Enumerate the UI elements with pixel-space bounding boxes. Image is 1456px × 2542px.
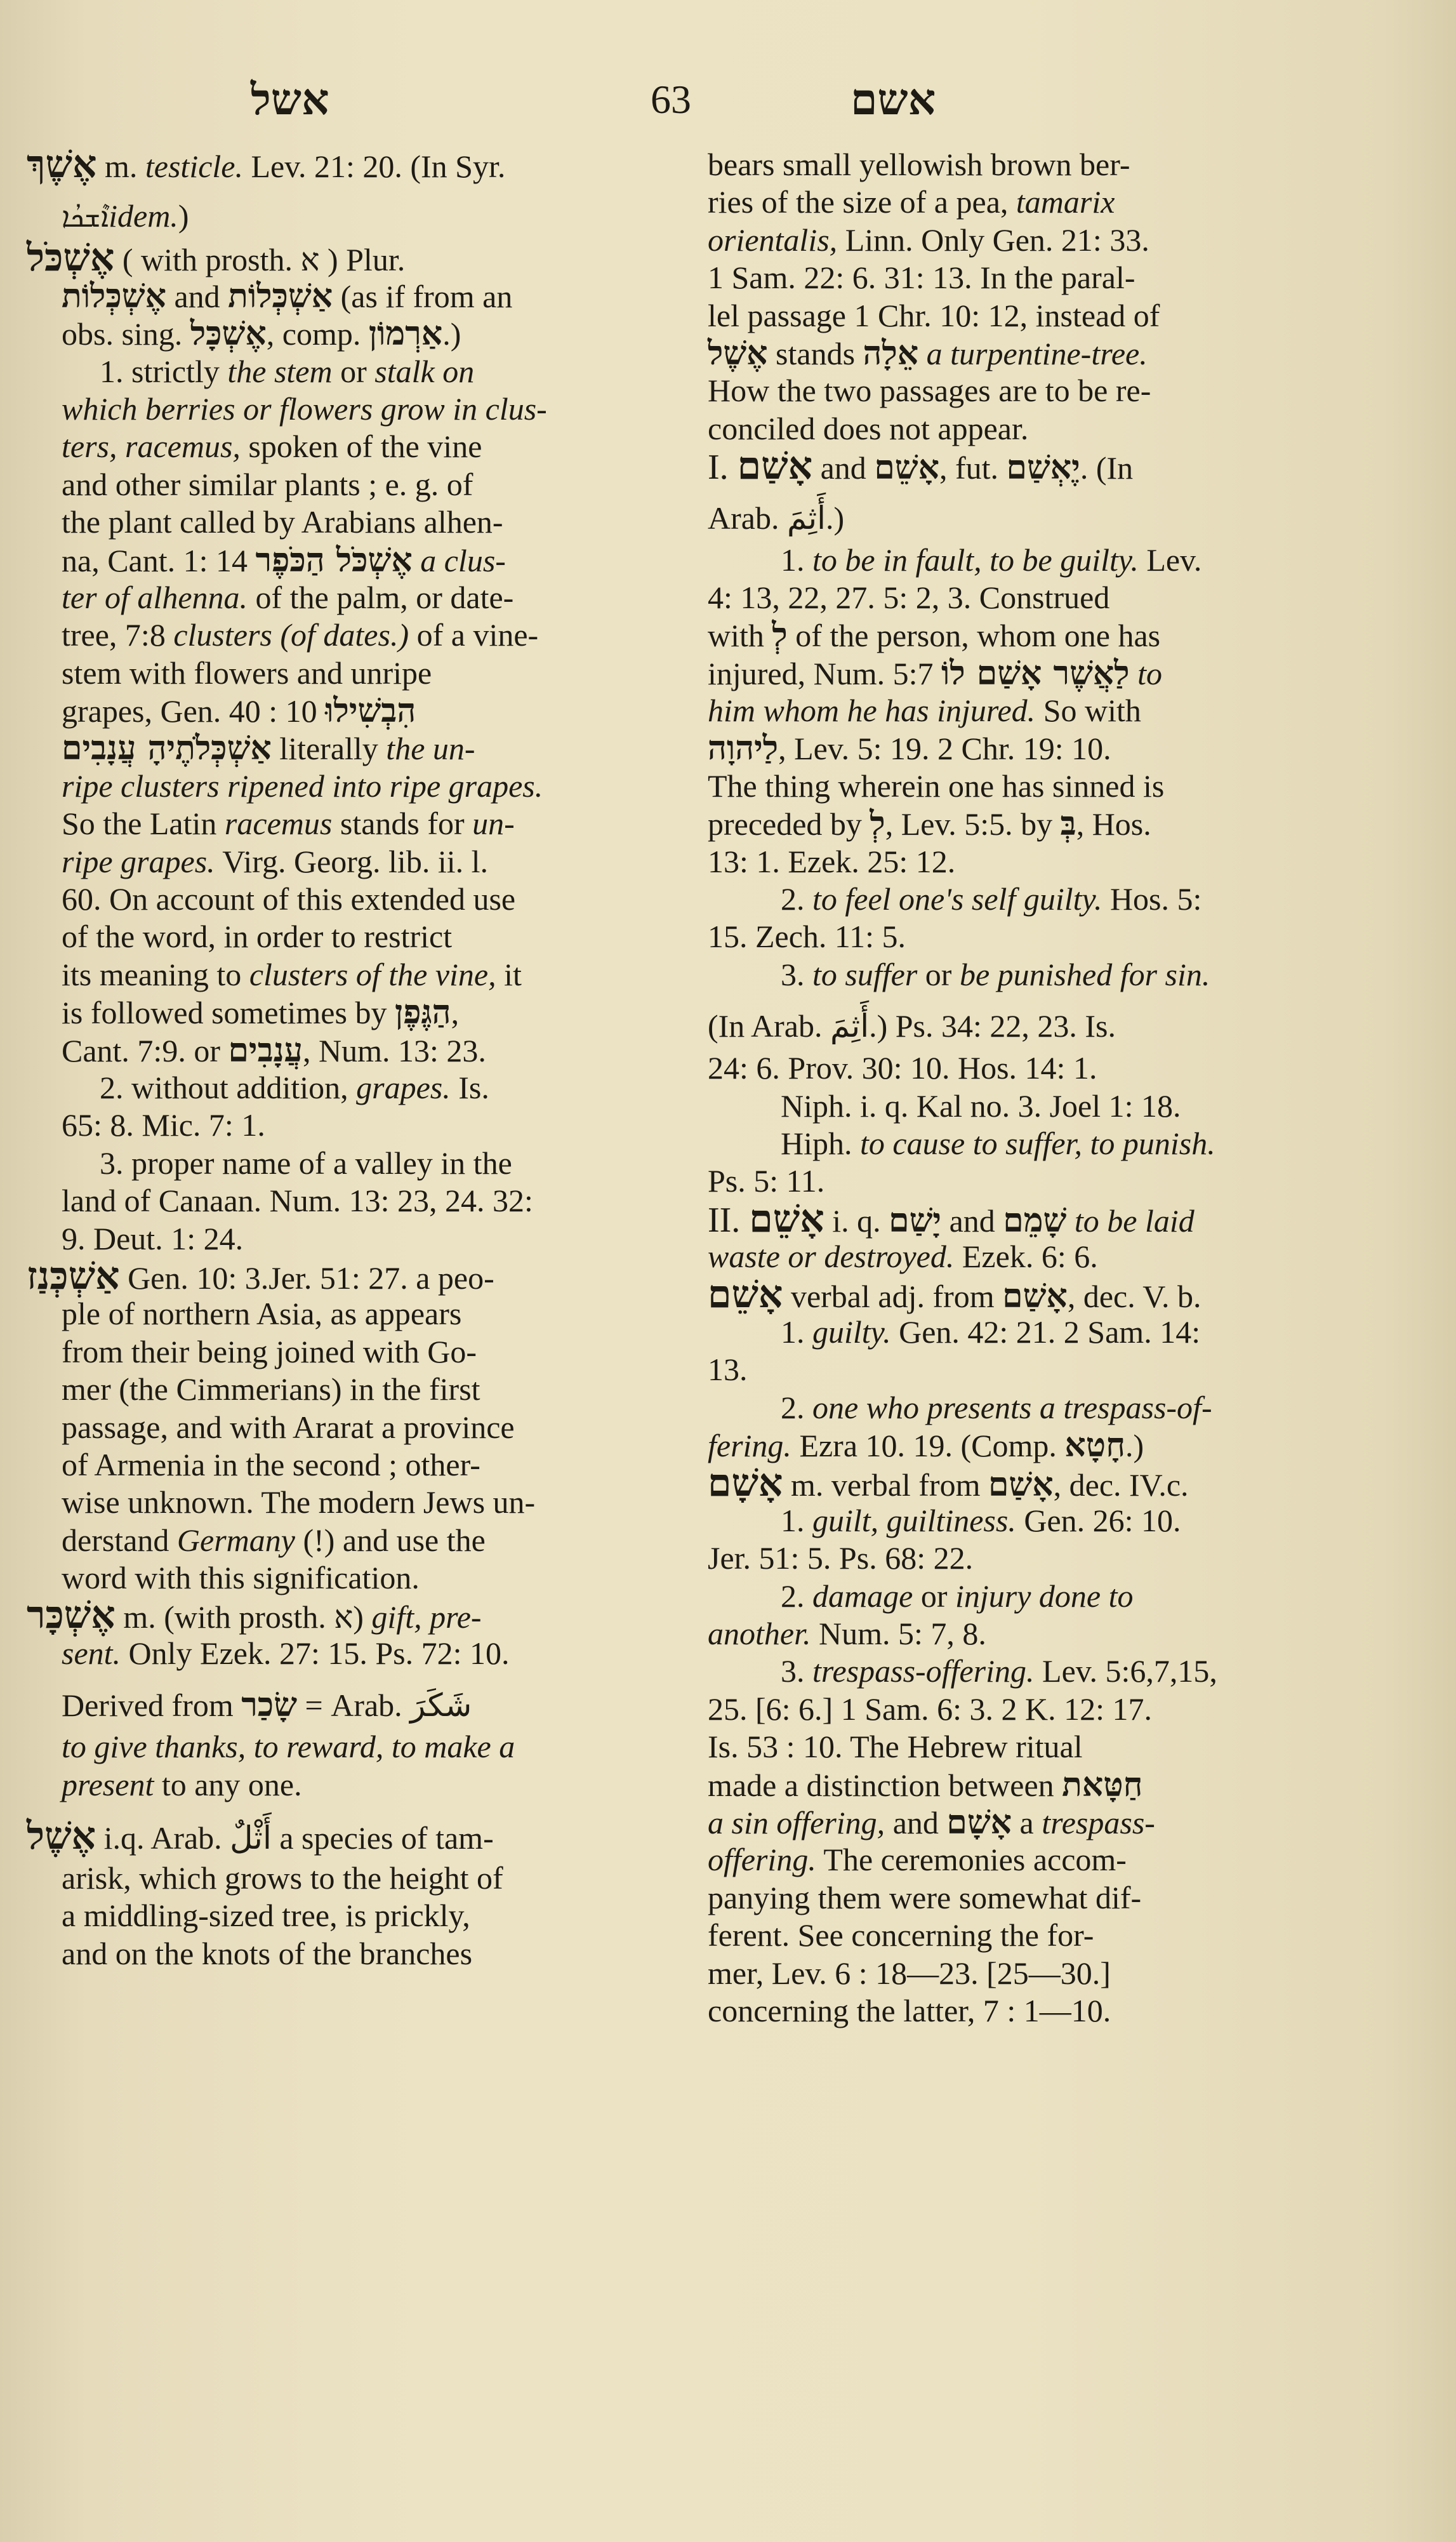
hebrew-word: אֶשֶׁל: [708, 334, 768, 373]
italic-gloss: the un-: [386, 731, 475, 766]
body-text: 1.: [781, 542, 812, 578]
text-line: na, Cant. 1: 14 אֶשְׁכֹּל הַכֹּפֶר a clu…: [27, 542, 687, 579]
text-line: of the word, in order to restrict: [27, 918, 687, 955]
text-line: Derived from שָׂכַר = Arab. شَكَرَ: [27, 1672, 687, 1728]
text-line: ries of the size of a pea, tamarix: [708, 183, 1371, 221]
left-column: אֶשֶׁךְ m. testicle. Lev. 21: 20. (In Sy…: [27, 146, 687, 1973]
italic-gloss: to give thanks, to reward, to make a: [62, 1729, 515, 1764]
text-line: mer (the Cimmerians) in the first: [27, 1371, 687, 1408]
body-text: and: [812, 450, 874, 486]
text-line: אֶשֶׁךְ m. testicle. Lev. 21: 20. (In Sy…: [27, 146, 687, 183]
hebrew-word: אָשָׁם: [708, 1461, 783, 1505]
body-text: .) Ps. 34: 22, 23. Is.: [869, 1008, 1116, 1044]
text-line: אָשֵׁם verbal adj. from אָשַׁם, dec. V. …: [708, 1276, 1371, 1314]
body-text: 2.: [781, 881, 812, 917]
hebrew-word: עֲנָבִים: [228, 1031, 302, 1070]
body-text: 3. proper name of a valley in the: [100, 1145, 512, 1181]
body-text: 2.: [781, 1390, 812, 1425]
hebrew-word: אָשַׁם: [738, 444, 812, 488]
italic-gloss: him whom he has injured.: [708, 693, 1035, 728]
italic-gloss: fering.: [708, 1428, 791, 1463]
body-text: (In Arab.: [708, 1008, 830, 1044]
italic-gloss: another.: [708, 1616, 811, 1651]
text-line: to give thanks, to reward, to make a: [27, 1728, 687, 1766]
body-text: Hos. 5:: [1102, 881, 1201, 917]
body-text: preceded by: [708, 806, 870, 842]
text-line: ters, racemus, spoken of the vine: [27, 428, 687, 465]
body-text: stands for: [332, 806, 472, 841]
italic-gloss: present: [62, 1767, 154, 1802]
body-text: land of Canaan. Num. 13: 23, 24. 32:: [62, 1183, 533, 1218]
page-number: 63: [651, 71, 691, 128]
running-header: אשל 63 אשם: [0, 71, 1456, 128]
body-text: of the person, whom one has: [788, 618, 1160, 653]
italic-gloss: clusters of the vine,: [249, 957, 496, 992]
italic-gloss: a sin offering,: [708, 1805, 885, 1840]
text-line: offering. The ceremonies accom-: [708, 1841, 1371, 1879]
body-text: made a distinction between: [708, 1767, 1062, 1803]
text-line: 15. Zech. 11: 5.: [708, 918, 1371, 955]
hebrew-word: אָשָׁם: [946, 1803, 1012, 1842]
body-text: Is. 53 : 10. The Hebrew ritual: [708, 1729, 1083, 1764]
italic-gloss: one who presents a trespass-of-: [812, 1390, 1212, 1425]
body-text: Lev. 5:6,7,15,: [1035, 1653, 1217, 1689]
hebrew-word: אַשְׁכְּלוֹת: [228, 277, 333, 316]
body-text: bears small yellowish brown ber-: [708, 147, 1130, 182]
body-text: 15. Zech. 11: 5.: [708, 919, 906, 954]
text-line: fering. Ezra 10. 19. (Comp. חָטָא.): [708, 1427, 1371, 1464]
italic-gloss: trespass-: [1042, 1805, 1155, 1840]
text-line: 4: 13, 22, 27. 5: 2, 3. Construed: [708, 579, 1371, 616]
body-text: Gen. 26: 10.: [1016, 1503, 1181, 1538]
text-line: אֶשְׁכָּר m. (with prosth. א) gift, pre-: [27, 1597, 687, 1634]
text-line: Niph. i. q. Kal no. 3. Joel 1: 18.: [708, 1088, 1371, 1125]
hebrew-word: אֶשְׁכְּלוֹת: [62, 277, 166, 316]
italic-gloss: Germany: [177, 1522, 295, 1558]
body-text: a middling-sized tree, is prickly,: [62, 1898, 470, 1933]
body-text: 3.: [781, 1653, 812, 1689]
body-text: 1.: [781, 1314, 812, 1350]
text-line: 2. damage or injury done to: [708, 1578, 1371, 1615]
italic-gloss: orientalis,: [708, 222, 837, 258]
body-text: word with this signification.: [62, 1560, 420, 1595]
body-text: (!) and use the: [295, 1522, 486, 1558]
body-text: .): [826, 500, 844, 536]
text-line: waste or destroyed. Ezek. 6: 6.: [708, 1238, 1371, 1275]
text-line: 2. one who presents a trespass-of-: [708, 1389, 1371, 1427]
body-text: Only Ezek. 27: 15. Ps. 72: 10.: [121, 1635, 509, 1671]
text-line: אֶשֶׁל i.q. Arab. أَثْلٌ a species of ta…: [27, 1804, 687, 1860]
body-text: Ezra 10. 19. (Comp.: [791, 1428, 1064, 1463]
italic-gloss: which berries or flowers grow in clus-: [62, 391, 547, 427]
italic-gloss: be punished for sin.: [960, 957, 1210, 992]
text-line: Ps. 5: 11.: [708, 1162, 1371, 1200]
body-text: the plant called by Arabians alhen-: [62, 504, 503, 540]
body-text: na, Cant. 1: 14: [62, 543, 256, 578]
text-line: אַשְׁכְּנַז Gen. 10: 3.Jer. 51: 27. a pe…: [27, 1258, 687, 1295]
text-line: passage, and with Ararat a province: [27, 1409, 687, 1446]
text-line: 13: 1. Ezek. 25: 12.: [708, 843, 1371, 881]
text-line: which berries or flowers grow in clus-: [27, 390, 687, 428]
text-line: How the two passages are to be re-: [708, 372, 1371, 409]
text-line: II. אָשֵׁם i. q. יָשַׁם and שָׁמֵם to be…: [708, 1201, 1371, 1238]
body-text: ferent. See concerning the for-: [708, 1917, 1094, 1953]
body-text: tree, 7:8: [62, 617, 173, 653]
body-text: of a vine-: [409, 617, 538, 653]
body-text: and: [885, 1805, 946, 1840]
text-line: לַיהוָה, Lev. 5: 19. 2 Chr. 19: 10.: [708, 729, 1371, 767]
body-text: 3.: [781, 957, 812, 992]
entry-numeral: II.: [708, 1201, 749, 1240]
hebrew-word: לַיהוָה: [708, 729, 778, 768]
body-text: ): [178, 198, 189, 234]
text-line: a sin offering, and אָשָׁם a trespass-: [708, 1804, 1371, 1841]
italic-gloss: racemus: [225, 806, 332, 841]
text-line: sent. Only Ezek. 27: 15. Ps. 72: 10.: [27, 1635, 687, 1672]
text-line: Hiph. to cause to suffer, to punish.: [708, 1125, 1371, 1162]
body-text: or: [917, 957, 960, 992]
italic-gloss: to suffer: [812, 957, 917, 992]
italic-gloss: idem.: [109, 198, 178, 234]
text-line: wise unknown. The modern Jews un-: [27, 1484, 687, 1521]
hebrew-word: אָשֵׁם: [749, 1197, 824, 1241]
hebrew-word: בְּ: [1061, 804, 1076, 843]
text-line: Arab. أَثِمَ.): [708, 486, 1371, 542]
body-text: , Hos.: [1076, 806, 1151, 842]
text-line: from their being joined with Go-: [27, 1333, 687, 1371]
text-line: 13.: [708, 1351, 1371, 1388]
text-line: The thing wherein one has sinned is: [708, 768, 1371, 805]
italic-gloss: guilt, guiltiness.: [812, 1503, 1016, 1538]
text-line: Is. 53 : 10. The Hebrew ritual: [708, 1728, 1371, 1766]
text-line: stem with flowers and unripe: [27, 655, 687, 692]
text-line: 1 Sam. 22: 6. 31: 13. In the paral-: [708, 259, 1371, 296]
body-text: arisk, which grows to the height of: [62, 1860, 503, 1896]
body-text: ,: [451, 995, 460, 1030]
text-line: him whom he has injured. So with: [708, 692, 1371, 729]
text-line: 25. [6: 6.] 1 Sam. 6: 3. 2 K. 12: 17.: [708, 1691, 1371, 1728]
hebrew-word: הַגֶּפֶן: [395, 993, 451, 1032]
text-line: land of Canaan. Num. 13: 23, 24. 32:: [27, 1182, 687, 1220]
body-text: ( with prosth. א ) Plur.: [114, 242, 405, 277]
body-text: i. q.: [824, 1203, 889, 1239]
italic-gloss: grapes.: [356, 1070, 451, 1105]
text-line: with לְ of the person, whom one has: [708, 616, 1371, 654]
text-line: present to any one.: [27, 1766, 687, 1804]
body-text: .): [442, 316, 461, 352]
body-text: Gen. 10: 3.Jer. 51: 27. a peo-: [120, 1260, 494, 1296]
text-line: Jer. 51: 5. Ps. 68: 22.: [708, 1540, 1371, 1577]
text-line: ter of alhenna. of the palm, or date-: [27, 579, 687, 616]
text-line: 60. On account of this extended use: [27, 881, 687, 918]
body-text: m. (with prosth. א): [116, 1599, 372, 1635]
text-line: 65: 8. Mic. 7: 1.: [27, 1107, 687, 1144]
body-text: Arab.: [708, 500, 787, 536]
body-text: and: [166, 279, 228, 314]
body-text: passage, and with Ararat a province: [62, 1409, 515, 1445]
body-text: , fut.: [939, 450, 1007, 486]
body-text: stands: [768, 336, 863, 371]
italic-gloss: clusters (of dates.): [173, 617, 409, 653]
hebrew-word: הִבְשִׁילוּ: [325, 691, 416, 730]
arabic-word: أَثِمَ: [830, 1008, 869, 1044]
body-text: Lev.: [1139, 542, 1202, 578]
text-line: lel passage 1 Chr. 10: 12, instead of: [708, 297, 1371, 335]
hebrew-word: חָטָא: [1064, 1426, 1125, 1465]
hebrew-word: אַשְׁכְּלֹתֶיהָ עֲנָבִים: [62, 729, 272, 768]
text-line: the plant called by Arabians alhen-: [27, 503, 687, 541]
italic-gloss: to be laid: [1066, 1203, 1194, 1239]
body-text: grapes, Gen. 40 : 10: [62, 693, 325, 729]
text-line: 3. to suffer or be punished for sin.: [708, 956, 1371, 994]
body-text: Linn. Only Gen. 21: 33.: [837, 222, 1149, 258]
body-text: Num. 5: 7, 8.: [811, 1616, 986, 1651]
body-text: Ps. 5: 11.: [708, 1163, 824, 1199]
body-text: is followed sometimes by: [62, 995, 395, 1030]
text-line: 1. strictly the stem or stalk on: [27, 353, 687, 390]
text-line: mer, Lev. 6 : 18—23. [25—30.]: [708, 1955, 1371, 1992]
text-line: ple of northern Asia, as appears: [27, 1295, 687, 1333]
body-text: a: [1012, 1805, 1042, 1840]
text-line: is followed sometimes by הַגֶּפֶן,: [27, 994, 687, 1031]
body-text: to any one.: [154, 1767, 301, 1802]
hebrew-word: יֶאְשַׁם: [1007, 448, 1080, 487]
italic-gloss: ripe grapes.: [62, 844, 215, 879]
body-text: .): [1125, 1428, 1144, 1463]
hebrew-word: אֶשְׁכָּר: [27, 1593, 116, 1637]
body-text: Jer. 51: 5. Ps. 68: 22.: [708, 1540, 973, 1576]
italic-gloss: to cause to suffer, to punish.: [860, 1126, 1215, 1161]
arabic-word: شَكَرَ: [410, 1687, 472, 1724]
body-text: , dec. IV.c.: [1054, 1467, 1189, 1503]
body-text: 4: 13, 22, 27. 5: 2, 3. Construed: [708, 580, 1109, 615]
italic-gloss: un-: [472, 806, 515, 841]
body-text: or: [913, 1578, 955, 1614]
text-line: 24: 6. Prov. 30: 10. Hos. 14: 1.: [708, 1049, 1371, 1087]
body-text: concerning the latter, 7 : 1—10.: [708, 1993, 1111, 2028]
body-text: injured, Num. 5:7: [708, 656, 941, 691]
body-text: So with: [1035, 693, 1141, 728]
body-text: , Lev. 5: 19. 2 Chr. 19: 10.: [778, 731, 1111, 766]
body-text: 1 Sam. 22: 6. 31: 13. In the paral-: [708, 260, 1135, 295]
text-line: panying them were somewhat dif-: [708, 1879, 1371, 1917]
hebrew-word: אָשַׁם: [988, 1465, 1054, 1504]
arabic-word: أَثْلٌ: [230, 1820, 272, 1856]
hebrew-word: אָשֵׁם: [708, 1272, 783, 1317]
text-line: derstand Germany (!) and use the: [27, 1522, 687, 1559]
body-text: Derived from: [62, 1687, 241, 1723]
italic-gloss: stalk on: [374, 354, 474, 389]
text-line: אֶשְׁכְּלוֹת and אַשְׁכְּלוֹת (as if fro…: [27, 277, 687, 315]
body-text: 1. strictly: [100, 354, 227, 389]
body-text: with: [708, 618, 772, 653]
body-text: its meaning to: [62, 957, 249, 992]
body-text: The thing wherein one has sinned is: [708, 768, 1164, 804]
italic-gloss: tamarix: [1016, 184, 1115, 220]
hebrew-word: אֶשְׁכֹּל: [27, 236, 114, 280]
body-text: obs. sing.: [62, 316, 190, 352]
body-text: ple of northern Asia, as appears: [62, 1296, 461, 1331]
text-line: ripe clusters ripened into ripe grapes.: [27, 768, 687, 805]
text-line: So the Latin racemus stands for un-: [27, 805, 687, 842]
body-text: lel passage 1 Chr. 10: 12, instead of: [708, 298, 1160, 333]
body-text: of the word, in order to restrict: [62, 919, 452, 954]
text-line: ferent. See concerning the for-: [708, 1917, 1371, 1954]
text-line: concerning the latter, 7 : 1—10.: [708, 1992, 1371, 2030]
body-text: spoken of the vine: [241, 429, 482, 464]
hebrew-word: אֶשֶׁךְ: [27, 142, 96, 187]
hebrew-word: אָשֵׁם: [874, 448, 939, 487]
body-text: 1.: [781, 1503, 812, 1538]
text-line: אָשָׁם m. verbal from אָשַׁם, dec. IV.c.: [708, 1465, 1371, 1502]
text-line: tree, 7:8 clusters (of dates.) of a vine…: [27, 616, 687, 654]
guide-word-right: אשם: [850, 71, 936, 128]
text-line: made a distinction between חַטָּאת: [708, 1766, 1371, 1804]
text-line: 1. guilt, guiltiness. Gen. 26: 10.: [708, 1502, 1371, 1540]
text-line: and other similar plants ; e. g. of: [27, 466, 687, 503]
hebrew-word: אֵלָה: [863, 334, 919, 373]
italic-gloss: a turpentine-tree.: [918, 336, 1148, 371]
text-line: ripe grapes. Virg. Georg. lib. ii. l.: [27, 843, 687, 881]
hebrew-word: לְ: [870, 804, 885, 843]
body-text: it: [496, 957, 522, 992]
body-text: , Num. 13: 23.: [303, 1033, 486, 1068]
body-text: , Lev. 5:5. by: [885, 806, 1061, 842]
body-text: 2. without addition,: [100, 1070, 356, 1105]
body-text: and other similar plants ; e. g. of: [62, 467, 473, 502]
body-text: wise unknown. The modern Jews un-: [62, 1484, 535, 1520]
italic-gloss: gift, pre-: [371, 1599, 481, 1635]
text-line: אֶשֶׁל stands אֵלָה a turpentine-tree.: [708, 335, 1371, 372]
hebrew-word: אֶשֶׁל: [27, 1814, 96, 1858]
text-line: word with this signification.: [27, 1559, 687, 1597]
hebrew-word: לַאֲשֶׁר אָשַׁם לוֹ: [941, 654, 1130, 693]
body-text: . (In: [1080, 450, 1133, 486]
italic-gloss: offering.: [708, 1842, 816, 1877]
body-text: Cant. 7:9. or: [62, 1033, 228, 1068]
hebrew-word: אַרְמוֹן: [369, 314, 442, 353]
text-line: grapes, Gen. 40 : 10 הִבְשִׁילוּ: [27, 692, 687, 729]
text-line: 1. to be in fault, to be guilty. Lev.: [708, 542, 1371, 579]
body-text: literally: [272, 731, 387, 766]
hebrew-word: שָׁמֵם: [1003, 1201, 1066, 1240]
body-text: Lev. 21: 20. (In Syr.: [243, 149, 505, 184]
body-text: of the palm, or date-: [248, 580, 513, 615]
syriac-word: ܐܶܫܟܳܐ: [62, 201, 109, 234]
text-line: 1. guilty. Gen. 42: 21. 2 Sam. 14:: [708, 1314, 1371, 1351]
right-column: bears small yellowish brown ber-ries of …: [708, 146, 1371, 2030]
italic-gloss: guilty.: [812, 1314, 891, 1350]
text-line: obs. sing. אֶשְׁכָּל, comp. אַרְמוֹן.): [27, 315, 687, 352]
body-text: Gen. 42: 21. 2 Sam. 14:: [891, 1314, 1200, 1350]
text-line: 3. proper name of a valley in the: [27, 1145, 687, 1182]
text-line: of Armenia in the second ; other-: [27, 1446, 687, 1484]
body-text: Is.: [451, 1070, 489, 1105]
italic-gloss: to feel one's self guilty.: [812, 881, 1102, 917]
hebrew-word: אֶשְׁכָּל: [190, 314, 267, 353]
italic-gloss: sent.: [62, 1635, 121, 1671]
body-text: a species of tam-: [272, 1820, 494, 1856]
text-line: אַשְׁכְּלֹתֶיהָ עֲנָבִים literally the u…: [27, 729, 687, 767]
text-line: 3. trespass-offering. Lev. 5:6,7,15,: [708, 1653, 1371, 1690]
body-text: stem with flowers and unripe: [62, 655, 432, 691]
italic-gloss: waste or destroyed.: [708, 1239, 954, 1274]
text-line: a middling-sized tree, is prickly,: [27, 1897, 687, 1934]
italic-gloss: to: [1130, 656, 1162, 691]
body-text: 25. [6: 6.] 1 Sam. 6: 3. 2 K. 12: 17.: [708, 1691, 1152, 1727]
text-line: ܐܶܫܟܳܐidem.): [27, 183, 687, 239]
body-text: How the two passages are to be re-: [708, 373, 1151, 408]
body-text: and: [941, 1203, 1003, 1239]
text-line: 2. without addition, grapes. Is.: [27, 1069, 687, 1107]
body-text: Hiph.: [781, 1126, 860, 1161]
body-text: conciled does not appear.: [708, 411, 1028, 446]
text-line: (In Arab. أَثِمَ.) Ps. 34: 22, 23. Is.: [708, 994, 1371, 1049]
italic-gloss: testicle.: [145, 149, 243, 184]
body-text: (as if from an: [333, 279, 512, 314]
body-text: The ceremonies accom-: [816, 1842, 1127, 1877]
body-text: = Arab.: [297, 1687, 410, 1723]
text-line: Cant. 7:9. or עֲנָבִים, Num. 13: 23.: [27, 1032, 687, 1069]
hebrew-word: יָשַׁם: [889, 1201, 941, 1240]
body-text: , comp.: [267, 316, 369, 352]
body-text: 60. On account of this extended use: [62, 881, 515, 917]
body-text: panying them were somewhat dif-: [708, 1880, 1141, 1915]
body-text: verbal adj. from: [783, 1279, 1002, 1314]
italic-gloss: the stem: [227, 354, 332, 389]
text-line: another. Num. 5: 7, 8.: [708, 1615, 1371, 1653]
body-text: 65: 8. Mic. 7: 1.: [62, 1107, 265, 1143]
body-text: So the Latin: [62, 806, 225, 841]
body-text: m.: [96, 149, 145, 184]
body-text: m. verbal from: [783, 1467, 988, 1503]
body-text: 13: 1. Ezek. 25: 12.: [708, 844, 955, 879]
body-text: Ezek. 6: 6.: [954, 1239, 1097, 1274]
italic-gloss: ters, racemus,: [62, 429, 241, 464]
hebrew-word: אֶשְׁכֹּל הַכֹּפֶר: [256, 541, 413, 580]
body-text: 2.: [781, 1578, 812, 1614]
arabic-word: أَثِمَ: [787, 500, 826, 536]
body-text: or: [333, 354, 375, 389]
body-text: 9. Deut. 1: 24.: [62, 1221, 243, 1256]
body-text: and on the knots of the branches: [62, 1936, 472, 1971]
hebrew-word: שָׂכַר: [241, 1686, 297, 1724]
text-line: bears small yellowish brown ber-: [708, 146, 1371, 183]
text-line: conciled does not appear.: [708, 410, 1371, 448]
italic-gloss: a clus-: [413, 543, 506, 578]
italic-gloss: damage: [812, 1578, 913, 1614]
guide-word-left: אשל: [251, 71, 329, 128]
entry-numeral: I.: [708, 448, 738, 487]
body-text: of Armenia in the second ; other-: [62, 1447, 480, 1482]
body-text: from their being joined with Go-: [62, 1334, 477, 1369]
body-text: 24: 6. Prov. 30: 10. Hos. 14: 1.: [708, 1050, 1097, 1086]
italic-gloss: injury done to: [955, 1578, 1134, 1614]
hebrew-word: חַטָּאת: [1062, 1766, 1142, 1804]
hebrew-word: אַשְׁכְּנַז: [27, 1254, 120, 1298]
text-line: 9. Deut. 1: 24.: [27, 1220, 687, 1258]
text-line: 2. to feel one's self guilty. Hos. 5:: [708, 881, 1371, 918]
body-text: mer (the Cimmerians) in the first: [62, 1371, 480, 1407]
italic-gloss: to be in fault, to be guilty.: [812, 542, 1139, 578]
text-line: I. אָשַׁם and אָשֵׁם, fut. יֶאְשַׁם. (In: [708, 448, 1371, 485]
italic-gloss: ripe clusters ripened into ripe grapes.: [62, 768, 543, 804]
text-line: arisk, which grows to the height of: [27, 1860, 687, 1897]
body-text: i.q. Arab.: [96, 1820, 230, 1856]
text-line: preceded by לְ, Lev. 5:5. by בְּ, Hos.: [708, 805, 1371, 842]
body-text: ries of the size of a pea,: [708, 184, 1016, 220]
text-line: injured, Num. 5:7 לַאֲשֶׁר אָשַׁם לוֹ to: [708, 655, 1371, 692]
